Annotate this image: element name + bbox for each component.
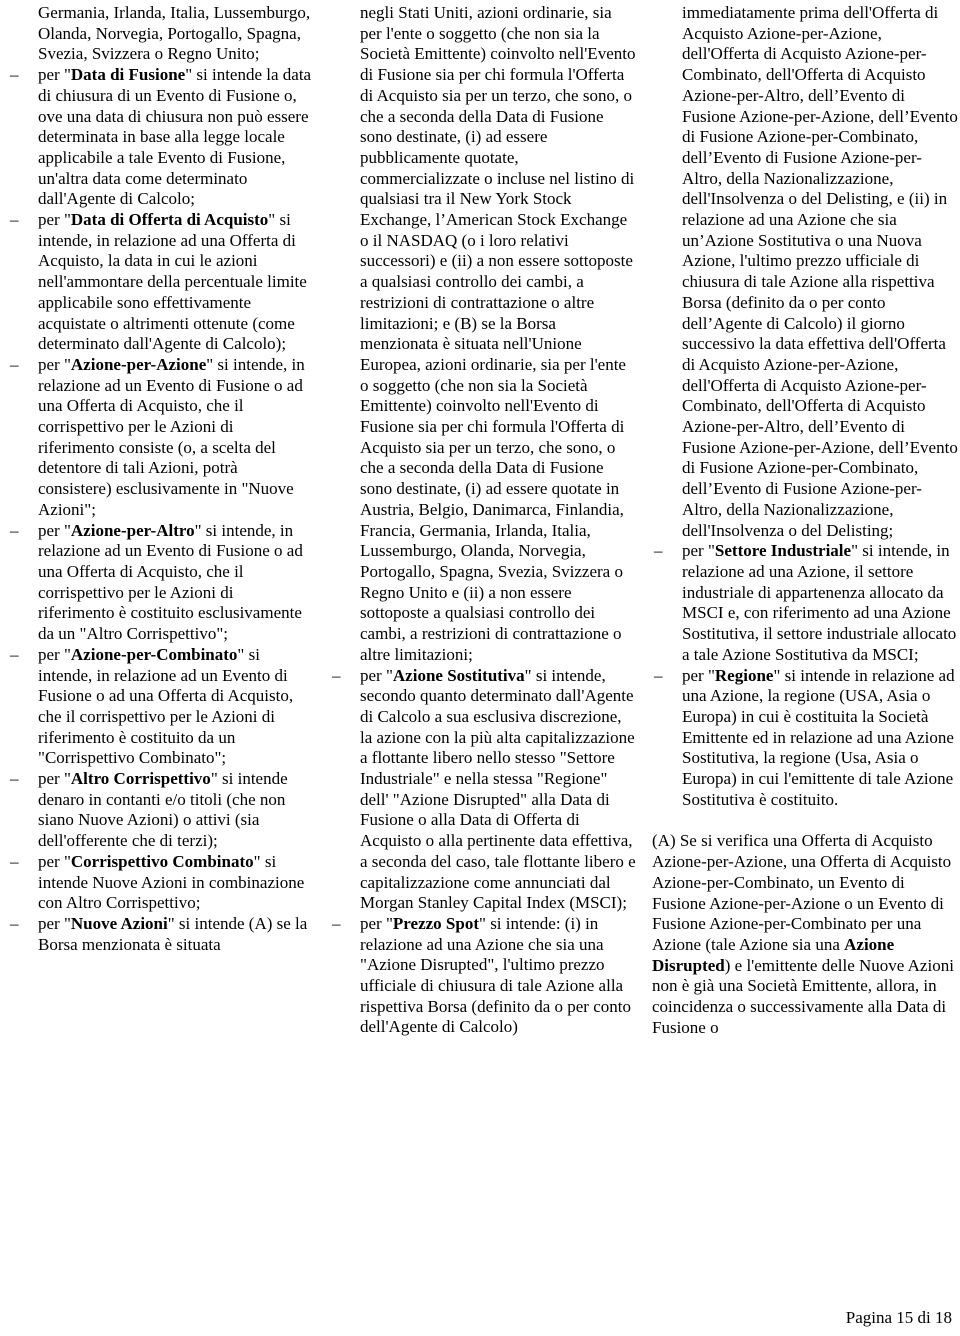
definition-item: –per "Corrispettivo Combinato" si intend… (8, 852, 314, 914)
definition-item: –per "Data di Fusione" si intende la dat… (8, 65, 314, 210)
text-block: negli Stati Uniti, azioni ordinarie, sia… (330, 3, 636, 666)
text-column-3: immediatamente prima dell'Offerta di Acq… (652, 3, 958, 1038)
defined-term: Corrispettivo Combinato (71, 852, 254, 871)
text-columns: Germania, Irlanda, Italia, Lussemburgo, … (0, 0, 960, 1038)
text-column-2: negli Stati Uniti, azioni ordinarie, sia… (330, 3, 636, 1038)
bullet-dash-icon: – (10, 210, 19, 231)
defined-term: Azione-per-Altro (71, 521, 195, 540)
defined-term: Azione-per-Combinato (71, 645, 238, 664)
defined-term: Prezzo Spot (393, 914, 479, 933)
page-number: Pagina 15 di 18 (846, 1308, 952, 1329)
bullet-dash-icon: – (10, 65, 19, 86)
definition-item: –per "Azione-per-Combinato" si intende, … (8, 645, 314, 769)
defined-term: Nuove Azioni (71, 914, 168, 933)
definition-item: –per "Azione-per-Azione" si intende, in … (8, 355, 314, 521)
text-block: (A) Se si verifica una Offerta di Acquis… (652, 831, 958, 1038)
defined-term: Regione (715, 666, 774, 685)
definition-item: –per "Prezzo Spot" si intende: (i) in re… (330, 914, 636, 1038)
bullet-dash-icon: – (10, 914, 19, 935)
definition-item: –per "Altro Corrispettivo" si intende de… (8, 769, 314, 852)
text-column-1: Germania, Irlanda, Italia, Lussemburgo, … (8, 3, 314, 1038)
document-page: Germania, Irlanda, Italia, Lussemburgo, … (0, 0, 960, 1336)
definition-item: –per "Regione" si intende in relazione a… (652, 666, 958, 811)
defined-term: Azione Sostitutiva (393, 666, 525, 685)
bullet-dash-icon: – (332, 666, 341, 687)
bullet-dash-icon: – (10, 769, 19, 790)
defined-term: Altro Corrispettivo (71, 769, 211, 788)
defined-term: Azione Disrupted (652, 935, 894, 975)
defined-term: Data di Offerta di Acquisto (71, 210, 268, 229)
definition-item: –per "Data di Offerta di Acquisto" si in… (8, 210, 314, 355)
defined-term: Data di Fusione (71, 65, 185, 84)
definition-item: –per "Azione-per-Altro" si intende, in r… (8, 521, 314, 645)
definition-item: –per "Azione Sostitutiva" si intende, se… (330, 666, 636, 914)
bullet-dash-icon: – (654, 666, 663, 687)
text-block: Germania, Irlanda, Italia, Lussemburgo, … (8, 3, 314, 65)
bullet-dash-icon: – (10, 852, 19, 873)
defined-term: Settore Industriale (715, 541, 851, 560)
bullet-dash-icon: – (332, 914, 341, 935)
definition-item: –per "Settore Industriale" si intende, i… (652, 541, 958, 665)
bullet-dash-icon: – (654, 541, 663, 562)
bullet-dash-icon: – (10, 521, 19, 542)
definition-item: –per "Nuove Azioni" si intende (A) se la… (8, 914, 314, 955)
bullet-dash-icon: – (10, 355, 19, 376)
defined-term: Azione-per-Azione (71, 355, 206, 374)
bullet-dash-icon: – (10, 645, 19, 666)
text-block: immediatamente prima dell'Offerta di Acq… (652, 3, 958, 541)
